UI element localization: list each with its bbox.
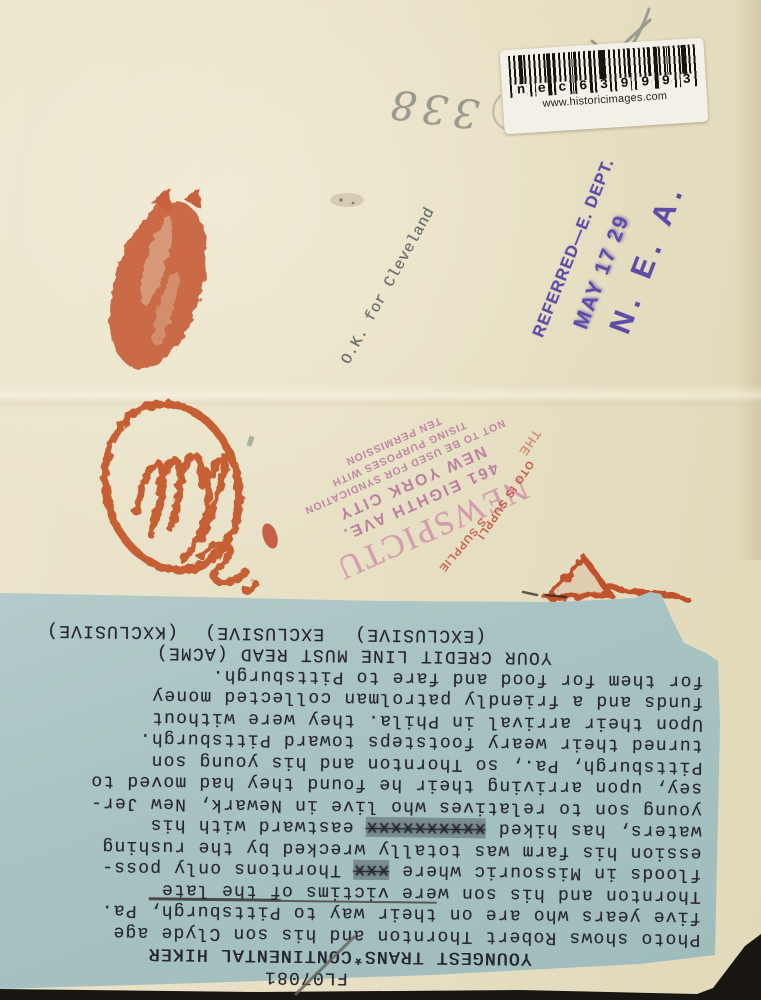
barcode-digit: 3 bbox=[598, 79, 611, 94]
barcode-digit: e bbox=[535, 83, 548, 98]
barcode-sticker: nec639993 www.historicimages.com bbox=[500, 38, 709, 135]
barcode-digit: 3 bbox=[680, 73, 693, 88]
barcode-digit: 9 bbox=[639, 76, 652, 91]
barcode-digit: n bbox=[515, 84, 528, 99]
exclusive-token: (EXCLUSIVE) bbox=[354, 622, 486, 645]
photo-back-scan: NEWSPICTU 461 EIGHTH AVE. NEW YORK CITY … bbox=[0, 0, 761, 1000]
exclusive-token: EXCLUSIVE) bbox=[204, 620, 324, 643]
barcode-digit: 9 bbox=[660, 75, 673, 90]
barcode-digit: 9 bbox=[618, 77, 631, 92]
caption-body: Photo shows Robert Thornton and his son … bbox=[50, 662, 703, 949]
exclusive-token: (KXCLUSIVE) bbox=[46, 618, 178, 641]
paper-crease bbox=[0, 384, 761, 410]
barcode-digit: c bbox=[556, 81, 569, 96]
barcode-digit: 6 bbox=[577, 80, 590, 95]
caption-text-block: FL07081 YOUNGEST TRANS*CONTINENTAL HIKER… bbox=[50, 612, 704, 992]
paper-edge-shade bbox=[735, 0, 761, 560]
caption-code: FL07081 bbox=[50, 963, 348, 988]
